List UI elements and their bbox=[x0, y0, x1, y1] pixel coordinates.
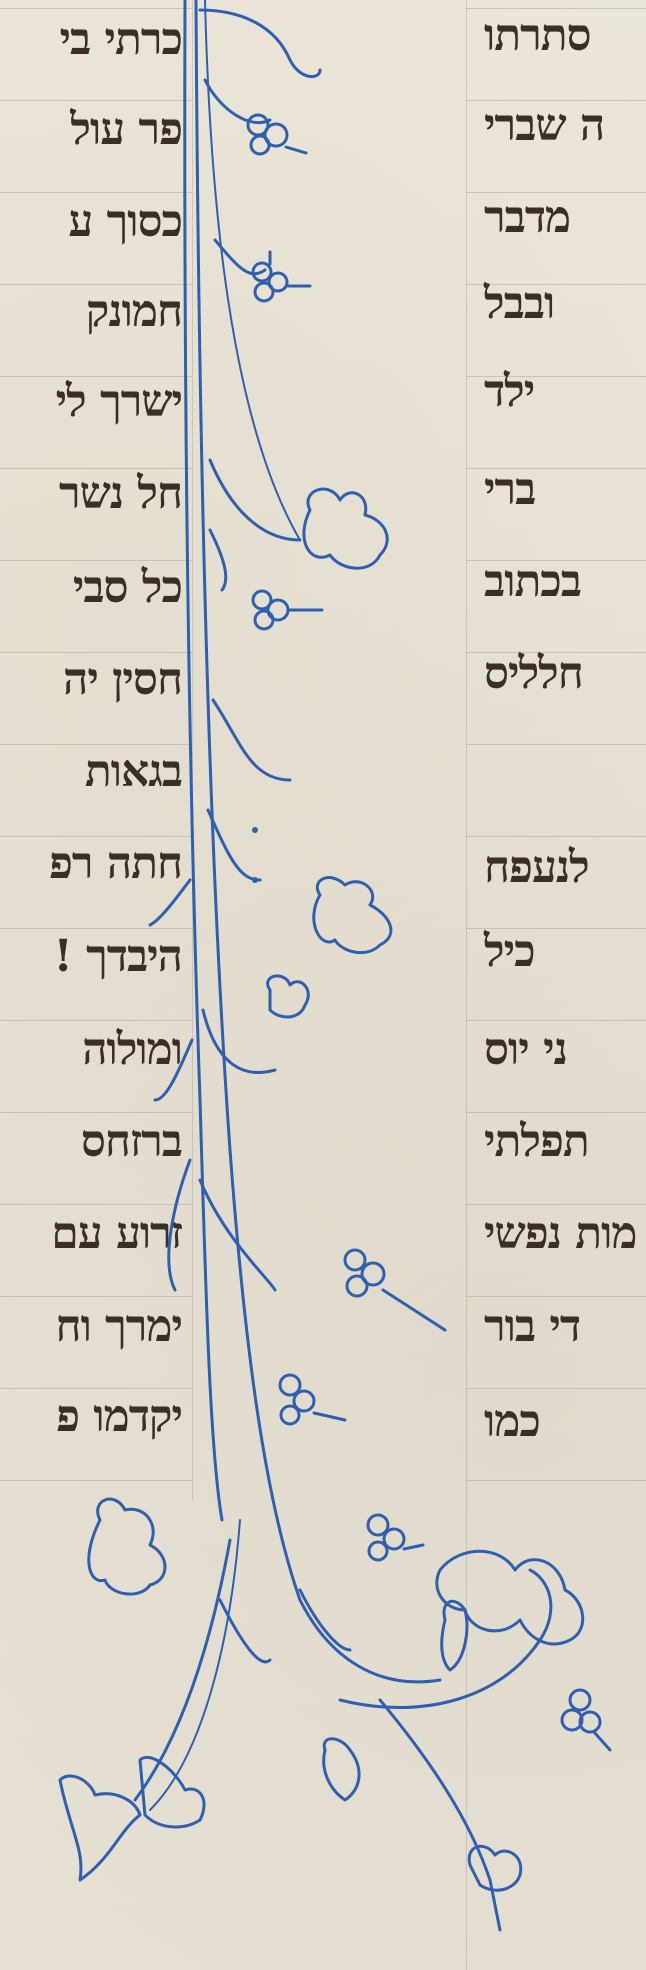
trefoil-berry-icon bbox=[248, 115, 610, 1750]
leaf-cluster-icon bbox=[60, 489, 583, 1890]
vine-stem-icon bbox=[135, 0, 440, 1810]
flourish-vine-ornament bbox=[0, 0, 646, 1970]
flourish-dot-icon bbox=[252, 827, 258, 883]
heart-leaf-icon bbox=[324, 1739, 359, 1800]
